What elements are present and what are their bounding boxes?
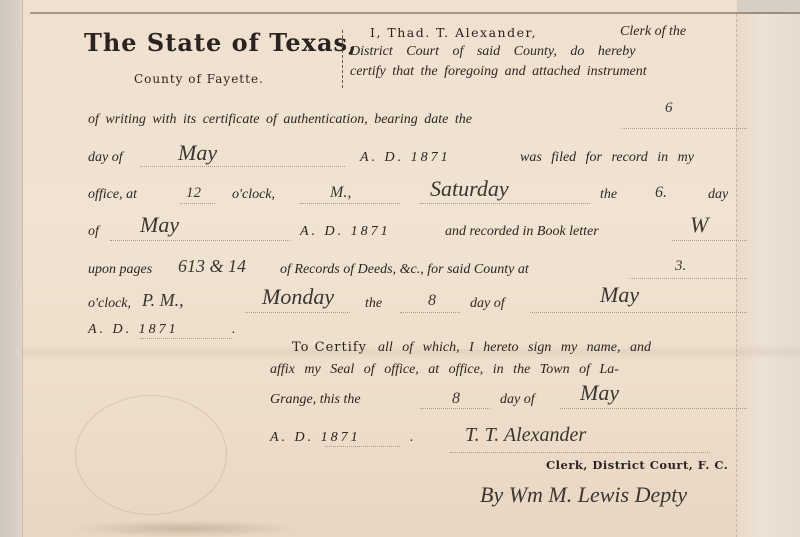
line5-lead: day of	[88, 150, 123, 166]
blank-month-3	[530, 312, 747, 313]
signature-line	[450, 452, 710, 453]
blank-cert-month	[560, 408, 747, 409]
clerk-signature: T. T. Alexander	[465, 424, 586, 447]
filled-day-1: 6	[665, 100, 673, 117]
filled-meridian-1: M.,	[330, 184, 351, 202]
line6-oclock: o'clock,	[232, 187, 275, 203]
cert-line-3-lead: Grange, this the	[270, 392, 361, 408]
blank-cert-day	[420, 408, 490, 409]
blank-day	[622, 128, 747, 129]
blank-month-2	[110, 240, 290, 241]
paper-stain	[70, 520, 300, 537]
header-brace	[342, 30, 349, 88]
cert-period: .	[410, 430, 414, 446]
blank-hour-1	[180, 203, 215, 204]
clerk-signature-title: Clerk, District Court, F. C.	[546, 458, 728, 472]
embossed-seal	[75, 395, 227, 515]
blank-book-letter	[672, 240, 747, 241]
top-rule	[30, 12, 800, 14]
filled-day-3: 8	[428, 292, 436, 310]
filled-cert-month: May	[580, 380, 619, 406]
line5-ad: A. D. 1871	[360, 150, 451, 166]
attached-page-margin	[736, 14, 800, 537]
line10-period: .	[232, 322, 236, 338]
filled-hour-1: 12	[186, 185, 201, 202]
filled-cert-day: 8	[452, 390, 460, 408]
blank-cert-year	[325, 446, 400, 447]
blank-month-1	[140, 166, 345, 167]
blank-weekday-2	[245, 312, 350, 313]
clerk-line-3: certify that the foregoing and attached …	[350, 64, 647, 80]
line10-ad: A. D. 1871	[88, 322, 179, 338]
line8-lead: upon pages	[88, 262, 152, 278]
cert-ad: A. D. 1871	[270, 430, 361, 446]
cert-line-3-dayof: day of	[500, 392, 535, 408]
line6-lead: office, at	[88, 187, 137, 203]
filled-pages: 613 & 14	[178, 256, 246, 277]
filled-month-2: May	[140, 212, 179, 238]
scanner-edge	[0, 0, 22, 537]
to-certify: To Certify	[292, 340, 367, 355]
line9-lead: o'clock,	[88, 296, 131, 312]
filled-weekday-2: Monday	[262, 284, 334, 310]
filled-day-2: 6.	[655, 184, 667, 202]
line7-tail: and recorded in Book letter	[445, 224, 599, 240]
blank-meridian-1	[300, 203, 400, 204]
line9-dayof: day of	[470, 296, 505, 312]
filled-month-3: May	[600, 282, 639, 308]
state-title: The State of Texas,	[84, 28, 357, 57]
line6-the: the	[600, 187, 617, 203]
body-line-4: of writing with its certificate of authe…	[88, 112, 472, 128]
blank-weekday-1	[420, 203, 590, 204]
cert-line-2: affix my Seal of office, at office, in t…	[270, 362, 619, 378]
cert-line-1: all of which, I hereto sign my name, and	[378, 340, 651, 356]
filled-book-letter: W	[690, 212, 708, 238]
county-label: County of Fayette.	[134, 72, 264, 86]
line8-tail: of Records of Deeds, &c., for said Count…	[280, 262, 529, 278]
line6-day: day	[708, 187, 728, 203]
filled-hour-2: 3.	[675, 258, 686, 275]
filled-meridian-2: P. M.,	[142, 290, 184, 311]
blank-day-3	[400, 312, 460, 313]
blank-year-underline	[140, 338, 232, 339]
blank-hour-2	[630, 278, 747, 279]
clerk-line-2: District Court of said County, do hereby	[350, 44, 635, 60]
deputy-signature: By Wm M. Lewis Depty	[480, 482, 687, 508]
clerk-intro: I, Thad. T. Alexander,	[370, 25, 537, 40]
clerk-title-tail: Clerk of the	[620, 24, 686, 40]
line7-lead: of	[88, 224, 99, 240]
line7-ad: A. D. 1871	[300, 224, 391, 240]
line5-tail: was filed for record in my	[520, 150, 694, 166]
filled-month-1: May	[178, 140, 217, 166]
filled-weekday-1: Saturday	[430, 176, 509, 202]
line9-the: the	[365, 296, 382, 312]
